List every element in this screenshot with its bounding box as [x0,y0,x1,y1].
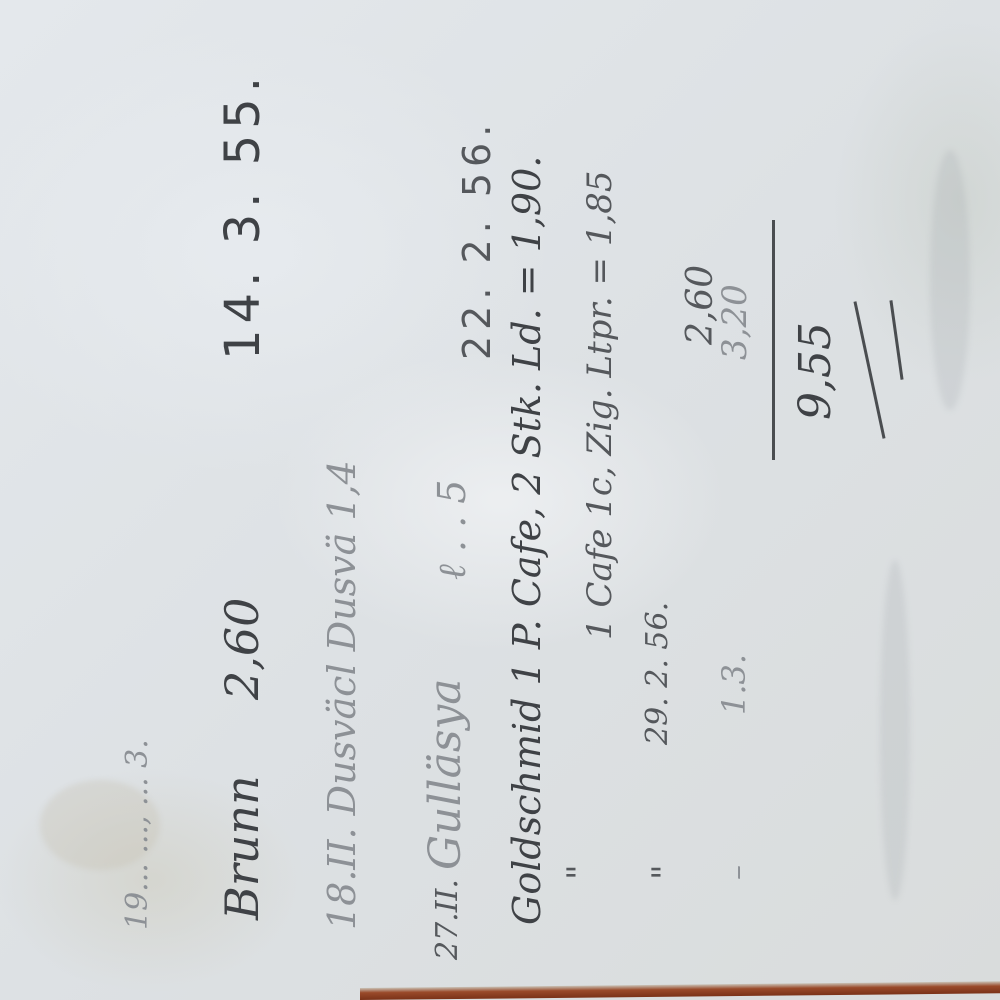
handwritten-note: 19... ..., ... 3. Brunn 2,60 14. 3. 55. … [0,0,1000,1000]
date-29-2-56: 29. 2. 56. [640,602,675,745]
ditto-mark: " [645,864,685,880]
brunn-amount: 2,60 [215,598,269,700]
amount-3-20: 3,20 [715,284,755,360]
ditto-mark: " [560,864,600,880]
prefix-27-II: 27.II. [430,879,465,960]
cafe-line: 1 Cafe 1c, Zig. Ltpr. = 1,85 [580,170,620,640]
equals-stroke [889,300,903,380]
faint-entry: ℓ . . 5 [430,480,475,580]
date-22-2-56: 22. 2. 56. [455,119,499,360]
ditto-mark: – [720,865,755,880]
equals-stroke [853,301,885,439]
sum-rule [772,220,775,460]
faint-header: 19... ..., ... 3. [120,739,155,930]
line-18-II: 18.II. Dusväcl Dusvä 1,4 [320,460,364,930]
date-1-3: 1.3. [715,654,753,715]
gullasya-label: Gulläsya [420,678,471,870]
date-14-3-55: 14. 3. 55. [215,71,271,360]
total-amount: 9,55 [790,322,841,420]
brunn-label: Brunn [215,775,269,920]
goldschmid-line: Goldschmid 1 P. Cafe, 2 Stk. Ld. = 1,90. [505,156,549,925]
